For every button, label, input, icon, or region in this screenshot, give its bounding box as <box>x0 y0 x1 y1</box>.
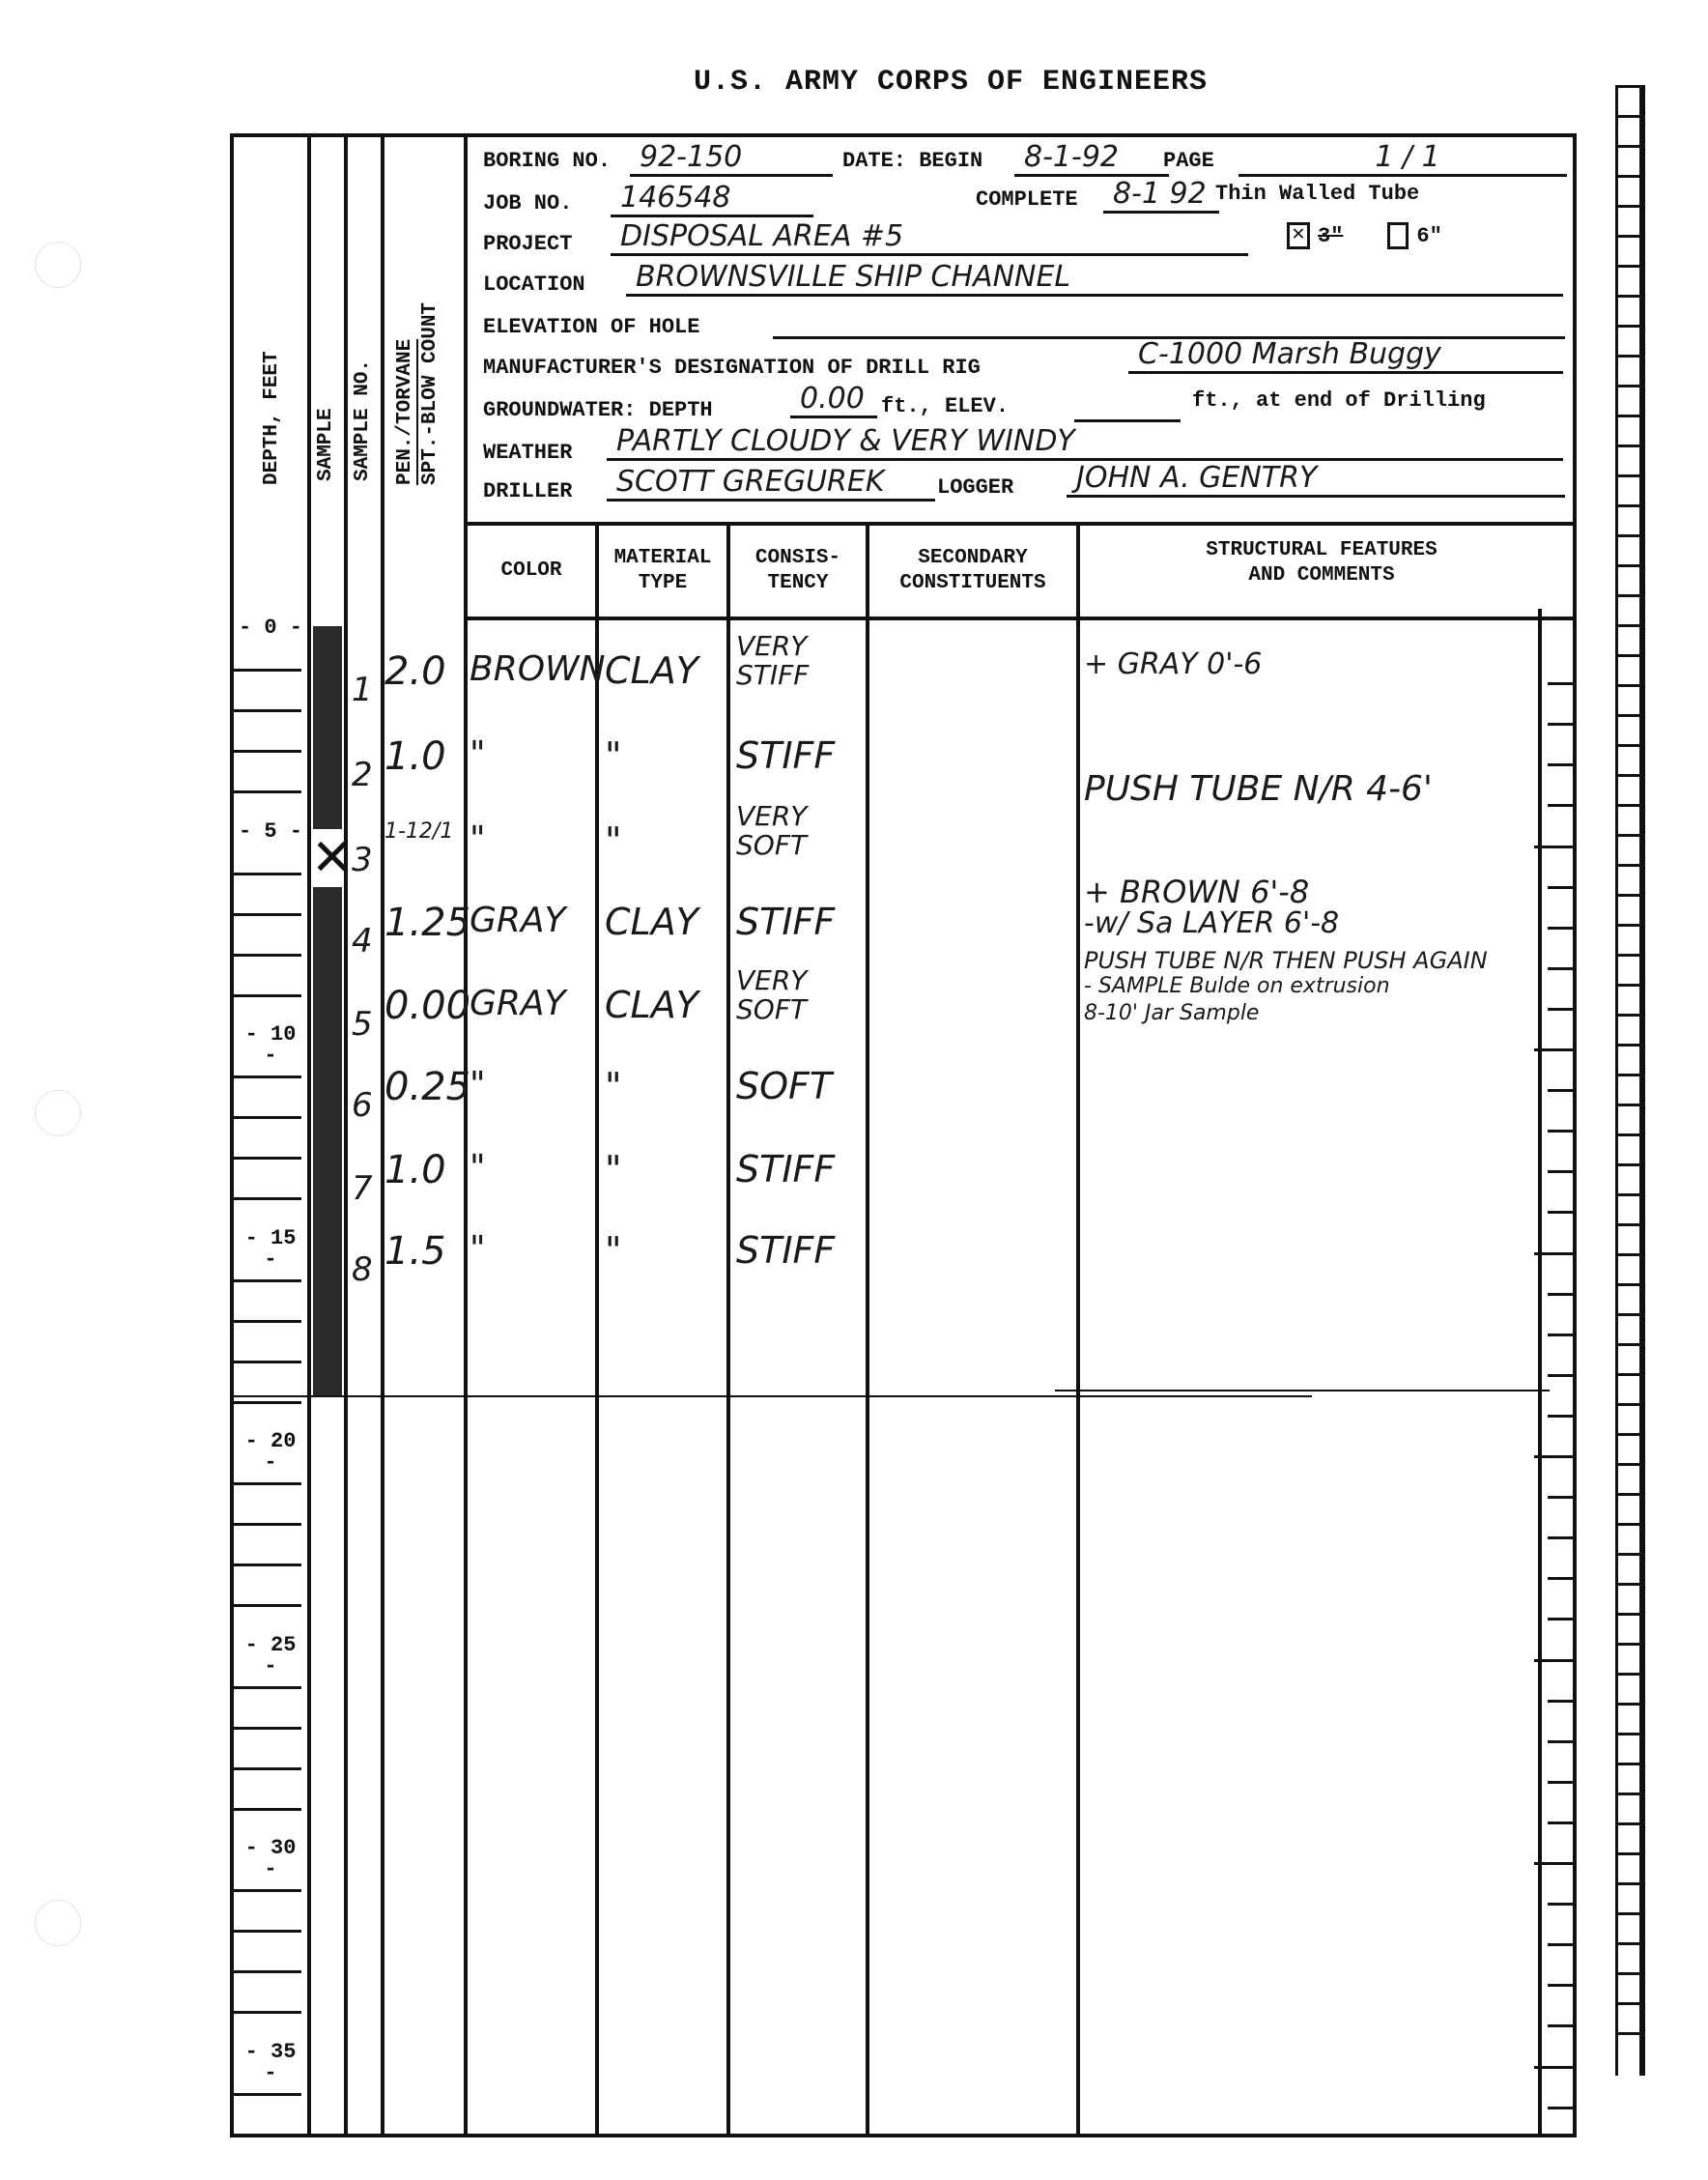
ruler-tick <box>1548 1984 1573 1987</box>
binder-tick <box>1618 1912 1639 1915</box>
depth-label: - 35 - <box>234 2042 307 2084</box>
binder-tick <box>1618 1553 1639 1556</box>
ruler-tick <box>1548 1130 1573 1133</box>
divider <box>1538 609 1542 2134</box>
consistency-value: VERY SOFT <box>736 966 807 1024</box>
punch-hole <box>35 1900 81 1946</box>
divider <box>726 522 730 2134</box>
binder-tick <box>1618 2002 1639 2005</box>
binder-tick <box>1618 1373 1639 1376</box>
binder-tick <box>1618 1104 1639 1106</box>
sample-no: 3 <box>352 841 373 879</box>
drill-rig-label: MANUFACTURER'S DESIGNATION OF DRILL RIG <box>483 356 981 380</box>
divider <box>595 522 599 2134</box>
binder-tick <box>1618 1044 1639 1047</box>
ruler-tick <box>1548 2024 1573 2027</box>
col-depth-header: DEPTH, FEET <box>261 351 283 485</box>
ruler-tick <box>1548 1170 1573 1173</box>
binder-tick <box>1618 504 1639 507</box>
date-begin-field[interactable]: 8-1-92 <box>1014 141 1169 177</box>
binder-tick <box>1618 265 1639 268</box>
col-material-header: MATERIALTYPE <box>599 526 726 617</box>
sample-no: 8 <box>352 1250 373 1289</box>
binder-tick <box>1618 1133 1639 1136</box>
binder-tick <box>1618 2032 1639 2035</box>
depth-tick <box>234 669 301 672</box>
color-value: GRAY <box>470 984 566 1023</box>
comment-line: -w/ Sa LAYER 6'-8 <box>1084 906 1339 940</box>
binder-tick <box>1618 1074 1639 1076</box>
binder-tick <box>1618 325 1639 328</box>
pen-value: 1.25 <box>384 901 470 945</box>
depth-tick <box>234 1361 301 1363</box>
color-value: BROWN <box>470 649 606 689</box>
ruler-tick <box>1548 1374 1573 1377</box>
binder-tick <box>1618 1313 1639 1316</box>
color-value: " <box>470 1148 486 1188</box>
depth-tick <box>234 2093 301 2096</box>
ruler-tick <box>1548 1334 1573 1336</box>
consistency-value: VERY STIFF <box>736 632 809 690</box>
binder-tick <box>1618 1763 1639 1765</box>
binder-tick <box>1618 534 1639 537</box>
ruler-tick <box>1548 682 1573 685</box>
date-complete-field[interactable]: 8-1 92 <box>1103 178 1219 214</box>
depth-tick <box>234 1930 301 1933</box>
depth-tick <box>234 2134 301 2137</box>
comment-line: + BROWN 6'-8 <box>1084 874 1309 910</box>
material-value: " <box>605 1148 621 1190</box>
binder-tick <box>1618 445 1639 447</box>
binder-tick <box>1618 1463 1639 1466</box>
drill-rig-field[interactable]: C-1000 Marsh Buggy <box>1128 338 1563 374</box>
depth-tick <box>234 1401 301 1404</box>
ruler-tick <box>1534 1455 1573 1458</box>
binder-tick <box>1618 115 1639 118</box>
sample-recovery-bar <box>313 626 342 829</box>
material-value: CLAY <box>605 901 698 943</box>
pen-value: 0.25 <box>384 1065 470 1109</box>
col-spt-header: SPT.-BLOW COUNT <box>419 302 441 485</box>
groundwater-tail: ft., at end of Drilling <box>1192 388 1486 413</box>
consistency-value: SOFT <box>736 1065 832 1107</box>
consistency-value: VERY SOFT <box>736 802 807 860</box>
ruler-tick <box>1548 1577 1573 1580</box>
binder-tick <box>1618 1942 1639 1945</box>
ruler-tick <box>1548 1415 1573 1418</box>
binder-tick <box>1618 1163 1639 1166</box>
checkbox-6in-icon[interactable] <box>1387 222 1409 249</box>
divider <box>307 137 311 2134</box>
binder-tick <box>1618 834 1639 837</box>
ruler-tick <box>1534 2066 1573 2069</box>
depth-label: - 30 - <box>234 1838 307 1880</box>
depth-label: - 5 - <box>234 821 307 843</box>
ruler-tick <box>1548 927 1573 930</box>
ruler-tick <box>1548 1536 1573 1539</box>
material-value: " <box>605 1065 621 1107</box>
logger-label: LOGGER <box>937 475 1013 500</box>
sample-no: 2 <box>352 756 373 794</box>
ruler-tick <box>1534 846 1573 848</box>
sample-no: 1 <box>352 671 373 709</box>
binder-tick <box>1618 984 1639 987</box>
binder-tick <box>1618 1613 1639 1616</box>
depth-tick <box>234 1197 301 1200</box>
material-value: CLAY <box>605 649 698 692</box>
divider <box>866 522 869 2134</box>
boring-no-label: BORING NO. <box>483 149 611 173</box>
ruler-tick <box>1548 1496 1573 1499</box>
boring-log-form: DEPTH, FEET SAMPLE SAMPLE NO. PEN./TORVA… <box>230 133 1577 2137</box>
depth-tick <box>234 994 301 997</box>
depth-label: - 20 - <box>234 1431 307 1474</box>
col-sample-no-header: SAMPLE NO. <box>352 359 374 481</box>
col-structural-header: STRUCTURAL FEATURESAND COMMENTS <box>1080 520 1563 607</box>
col-sample-header: SAMPLE <box>315 408 337 481</box>
log-end-line <box>234 1395 1312 1397</box>
depth-tick <box>234 1563 301 1566</box>
page-label: PAGE <box>1163 149 1214 173</box>
sample-no-recovery-x-icon: ✕ <box>311 829 344 887</box>
binder-tick <box>1618 85 1639 88</box>
ruler-tick <box>1548 1781 1573 1784</box>
location-field[interactable]: BROWNSVILLE SHIP CHANNEL <box>626 261 1563 297</box>
binder-tick <box>1618 684 1639 687</box>
binder-tick <box>1618 1223 1639 1226</box>
material-value: " <box>605 1229 621 1272</box>
depth-label: - 0 - <box>234 617 307 639</box>
divider <box>381 137 384 2134</box>
binder-tick <box>1618 145 1639 148</box>
depth-tick <box>234 1970 301 1973</box>
groundwater-elev-field[interactable] <box>1074 387 1181 422</box>
ruler-tick <box>1548 1903 1573 1906</box>
tube-option-3in: 3" <box>1318 224 1343 248</box>
weather-label: WEATHER <box>483 441 572 465</box>
binder-tick <box>1618 1253 1639 1256</box>
project-label: PROJECT <box>483 232 572 256</box>
binder-tick <box>1618 415 1639 417</box>
sample-recovery-bar <box>313 887 342 1397</box>
ruler-tick <box>1534 1659 1573 1662</box>
ruler-tick <box>1548 804 1573 807</box>
binder-tick <box>1618 1733 1639 1735</box>
log-end-line <box>1055 1390 1550 1391</box>
depth-tick <box>234 873 301 875</box>
pen-value: 2.0 <box>384 649 446 694</box>
binder-tick <box>1618 1493 1639 1496</box>
binder-tick <box>1618 175 1639 178</box>
binder-tick <box>1618 355 1639 358</box>
pen-value: 0.00 <box>384 984 470 1028</box>
color-value: " <box>470 1229 486 1269</box>
binder-tick <box>1618 385 1639 387</box>
ruler-tick <box>1548 1293 1573 1296</box>
divider <box>464 617 1573 620</box>
ruler-tick <box>1548 1700 1573 1703</box>
ruler-tick <box>1548 1211 1573 1214</box>
depth-tick <box>234 1808 301 1811</box>
consistency-value: STIFF <box>736 901 835 943</box>
sample-no: 6 <box>352 1086 373 1125</box>
binder-tick <box>1618 1193 1639 1196</box>
binder-tick <box>1618 1703 1639 1706</box>
col-consistency-header: CONSIS-TENCY <box>730 526 866 617</box>
depth-tick <box>234 1686 301 1689</box>
binder-tick <box>1618 474 1639 477</box>
color-value: " <box>470 819 486 859</box>
binder-tick <box>1618 954 1639 957</box>
binder-strip <box>1615 85 1645 2076</box>
ruler-tick <box>1534 1048 1573 1051</box>
binder-tick <box>1618 1643 1639 1646</box>
binder-tick <box>1618 1403 1639 1406</box>
pen-value: 1.5 <box>384 1229 446 1274</box>
tube-options: ✕ 3" 6" <box>1287 222 1442 249</box>
ruler-tick <box>1548 1008 1573 1011</box>
agency-title: U.S. ARMY CORPS OF ENGINEERS <box>0 66 1708 99</box>
binder-tick <box>1618 804 1639 807</box>
depth-tick <box>234 954 301 957</box>
groundwater-label: GROUNDWATER: DEPTH <box>483 398 713 422</box>
depth-tick <box>234 790 301 793</box>
ruler-tick <box>1534 1862 1573 1865</box>
binder-tick <box>1618 235 1639 238</box>
ruler-tick <box>1548 2107 1573 2109</box>
col-pen-header: PEN./TORVANE <box>394 339 418 485</box>
depth-tick <box>234 1320 301 1323</box>
elevation-label: ELEVATION OF HOLE <box>483 315 699 339</box>
depth-tick <box>234 1279 301 1282</box>
pen-value: 1.0 <box>384 1148 446 1192</box>
binder-tick <box>1618 864 1639 867</box>
ruler-tick <box>1548 723 1573 726</box>
binder-tick <box>1618 1793 1639 1795</box>
punch-hole <box>35 242 81 288</box>
binder-tick <box>1618 295 1639 298</box>
binder-tick <box>1618 1673 1639 1676</box>
depth-label: - 15 - <box>234 1228 307 1271</box>
tube-option-6in: 6" <box>1416 224 1441 248</box>
binder-tick <box>1618 1822 1639 1825</box>
ruler-tick <box>1548 967 1573 970</box>
ruler-tick <box>1534 1252 1573 1255</box>
color-value: " <box>470 734 486 774</box>
depth-tick <box>234 1727 301 1730</box>
comment-line: - SAMPLE Bulde on extrusion <box>1084 974 1390 998</box>
location-label: LOCATION <box>483 272 585 297</box>
depth-tick <box>234 709 301 712</box>
binder-tick <box>1618 894 1639 897</box>
project-field[interactable]: DISPOSAL AREA #5 <box>611 220 1248 256</box>
ruler-tick <box>1548 1740 1573 1743</box>
tube-label: Thin Walled Tube <box>1215 182 1419 206</box>
weather-field[interactable]: PARTLY CLOUDY & VERY WINDY <box>607 425 1563 461</box>
binder-tick <box>1618 594 1639 597</box>
binder-tick <box>1618 564 1639 567</box>
binder-tick <box>1618 1852 1639 1855</box>
elevation-field[interactable] <box>773 303 1565 339</box>
binder-tick <box>1618 1343 1639 1346</box>
pen-value: 1-12/1 <box>384 819 453 844</box>
comment-line: + GRAY 0'-6 <box>1084 647 1262 681</box>
depth-tick <box>234 1604 301 1607</box>
col-secondary-header: SECONDARYCONSTITUENTS <box>869 526 1076 617</box>
logger-field[interactable]: JOHN A. GENTRY <box>1067 462 1565 498</box>
sample-no: 7 <box>352 1169 373 1208</box>
binder-tick <box>1618 1583 1639 1586</box>
depth-tick <box>234 913 301 916</box>
depth-tick <box>234 1116 301 1119</box>
binder-tick <box>1618 1882 1639 1885</box>
binder-tick <box>1618 1972 1639 1975</box>
comment-line: PUSH TUBE N/R 4-6' <box>1084 769 1433 809</box>
binder-tick <box>1618 924 1639 927</box>
depth-label: - 25 - <box>234 1635 307 1678</box>
material-value: " <box>605 819 621 862</box>
groundwater-elev-label: ft., ELEV. <box>881 394 1009 418</box>
complete-label: COMPLETE <box>976 187 1078 212</box>
ruler-tick <box>1548 1943 1573 1946</box>
consistency-value: STIFF <box>736 1229 835 1272</box>
binder-tick <box>1618 1433 1639 1436</box>
header-block: BORING NO. 92-150 DATE: BEGIN 8-1-92 PAG… <box>466 137 1573 549</box>
divider <box>1076 522 1080 2134</box>
depth-tick <box>234 1157 301 1160</box>
punch-hole <box>35 1090 81 1136</box>
consistency-value: STIFF <box>736 734 835 777</box>
binder-tick <box>1618 205 1639 208</box>
binder-tick <box>1618 774 1639 777</box>
binder-tick <box>1618 1283 1639 1286</box>
comment-line: PUSH TUBE N/R THEN PUSH AGAIN <box>1084 947 1488 974</box>
boring-no-field[interactable]: 92-150 <box>630 141 833 177</box>
groundwater-depth-field[interactable]: 0.00 <box>790 383 877 418</box>
job-no-field[interactable]: 146548 <box>611 182 813 217</box>
comment-line: 8-10' Jar Sample <box>1084 1001 1259 1025</box>
divider <box>344 137 348 2134</box>
sample-no: 5 <box>352 1005 373 1044</box>
binder-tick <box>1618 1014 1639 1017</box>
depth-tick <box>234 1482 301 1485</box>
color-value: " <box>470 1065 486 1104</box>
binder-tick <box>1618 1523 1639 1526</box>
binder-tick <box>1618 654 1639 657</box>
depth-tick <box>234 1767 301 1770</box>
ruler-tick <box>1548 1089 1573 1092</box>
depth-tick <box>234 1889 301 1892</box>
date-begin-label: DATE: BEGIN <box>842 149 982 173</box>
driller-label: DRILLER <box>483 479 572 503</box>
depth-tick <box>234 1076 301 1078</box>
checkbox-3in-checked-icon[interactable]: ✕ <box>1287 222 1310 249</box>
material-value: " <box>605 734 621 777</box>
ruler-tick <box>1548 1618 1573 1621</box>
ruler-tick <box>1548 763 1573 766</box>
ruler-tick <box>1548 886 1573 889</box>
sample-no: 4 <box>352 922 373 961</box>
pen-value: 1.0 <box>384 734 446 779</box>
binder-tick <box>1618 624 1639 627</box>
depth-label: - 10 - <box>234 1024 307 1067</box>
driller-field[interactable]: SCOTT GREGUREK <box>607 466 935 502</box>
binder-tick <box>1618 714 1639 717</box>
col-color-header: COLOR <box>468 526 595 617</box>
depth-tick <box>234 750 301 753</box>
page-field[interactable]: 1 / 1 <box>1238 141 1567 177</box>
color-value: GRAY <box>470 901 566 940</box>
material-value: CLAY <box>605 984 698 1026</box>
depth-tick <box>234 1523 301 1526</box>
depth-tick <box>234 2011 301 2014</box>
binder-tick <box>1618 744 1639 747</box>
consistency-value: STIFF <box>736 1148 835 1190</box>
ruler-tick <box>1548 1821 1573 1824</box>
job-no-label: JOB NO. <box>483 191 572 215</box>
